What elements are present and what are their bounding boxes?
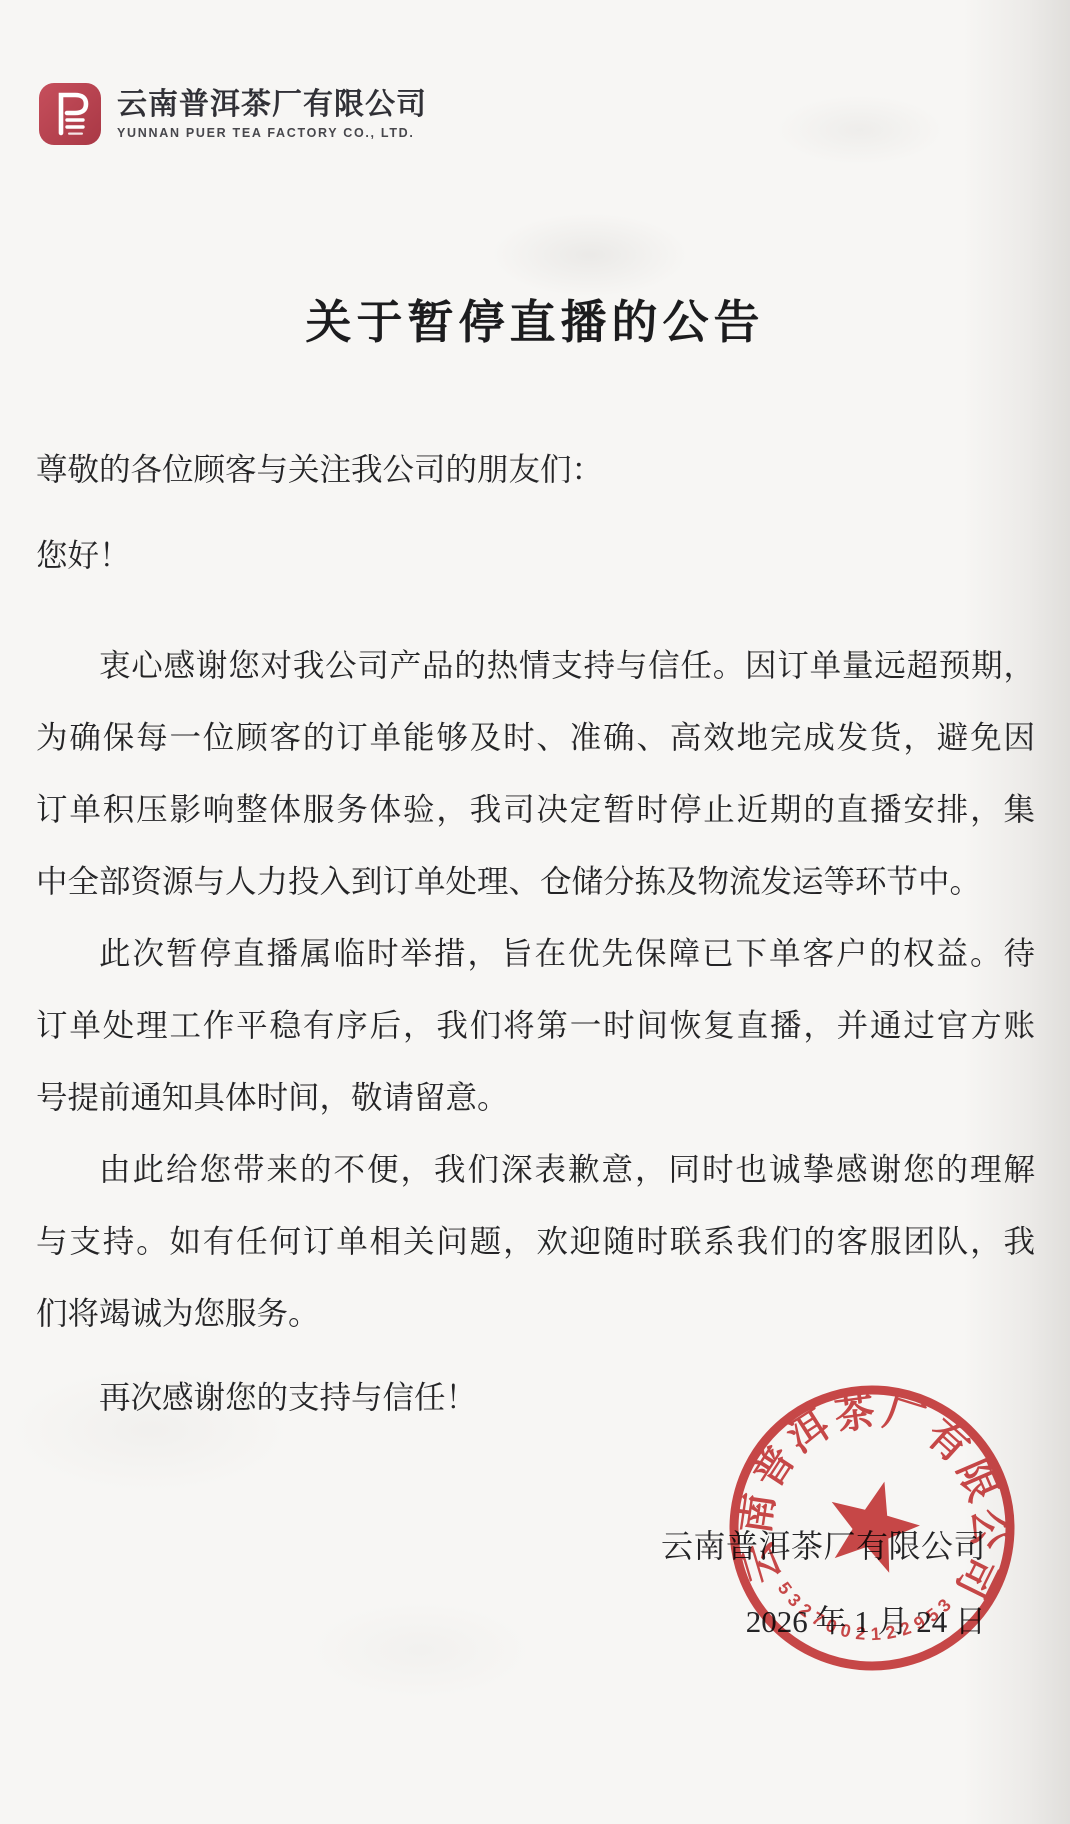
company-logo-text: 云南普洱茶厂有限公司 YUNNAN PUER TEA FACTORY CO., …	[117, 88, 427, 140]
logo-mark-icon	[38, 82, 102, 146]
closing-line: 再次感谢您的支持与信任！	[36, 1362, 1035, 1434]
salutation: 尊敬的各位顾客与关注我公司的朋友们：	[36, 434, 1035, 506]
body-line: 此次暂停直播属临时举措，旨在优先保障已下单客户的权益。待	[36, 918, 1035, 990]
body-line: 与支持。如有任何订单相关问题，欢迎随时联系我们的客服团队，我	[36, 1206, 1035, 1278]
announcement-letter: 云南普洱茶厂有限公司 YUNNAN PUER TEA FACTORY CO., …	[0, 0, 1070, 1824]
company-name-en: YUNNAN PUER TEA FACTORY CO., LTD.	[117, 126, 427, 140]
body-line: 号提前通知具体时间，敬请留意。	[36, 1062, 1035, 1134]
body-line: 衷心感谢您对我公司产品的热情支持与信任。因订单量远超预期，	[36, 630, 1035, 702]
signature-date: 2026 年 1 月 24 日	[746, 1600, 986, 1644]
announcement-title: 关于暂停直播的公告	[0, 286, 1070, 352]
body-line: 由此给您带来的不便，我们深表歉意，同时也诚挚感谢您的理解	[36, 1134, 1035, 1206]
company-logo: 云南普洱茶厂有限公司 YUNNAN PUER TEA FACTORY CO., …	[38, 82, 427, 146]
body-line: 订单处理工作平稳有序后，我们将第一时间恢复直播，并通过官方账	[36, 990, 1035, 1062]
letter-body: 尊敬的各位顾客与关注我公司的朋友们： 您好！ 衷心感谢您对我公司产品的热情支持与…	[36, 434, 1035, 1434]
company-name-zh: 云南普洱茶厂有限公司	[117, 88, 427, 122]
body-line: 们将竭诚为您服务。	[36, 1278, 1035, 1350]
body-line: 为确保每一位顾客的订单能够及时、准确、高效地完成发货，避免因	[36, 702, 1035, 774]
signature-company: 云南普洱茶厂有限公司	[661, 1524, 986, 1568]
body-line: 中全部资源与人力投入到订单处理、仓储分拣及物流发运等环节中。	[36, 846, 1035, 918]
body-line: 订单积压影响整体服务体验，我司决定暂时停止近期的直播安排，集	[36, 774, 1035, 846]
greeting: 您好！	[36, 520, 1035, 592]
